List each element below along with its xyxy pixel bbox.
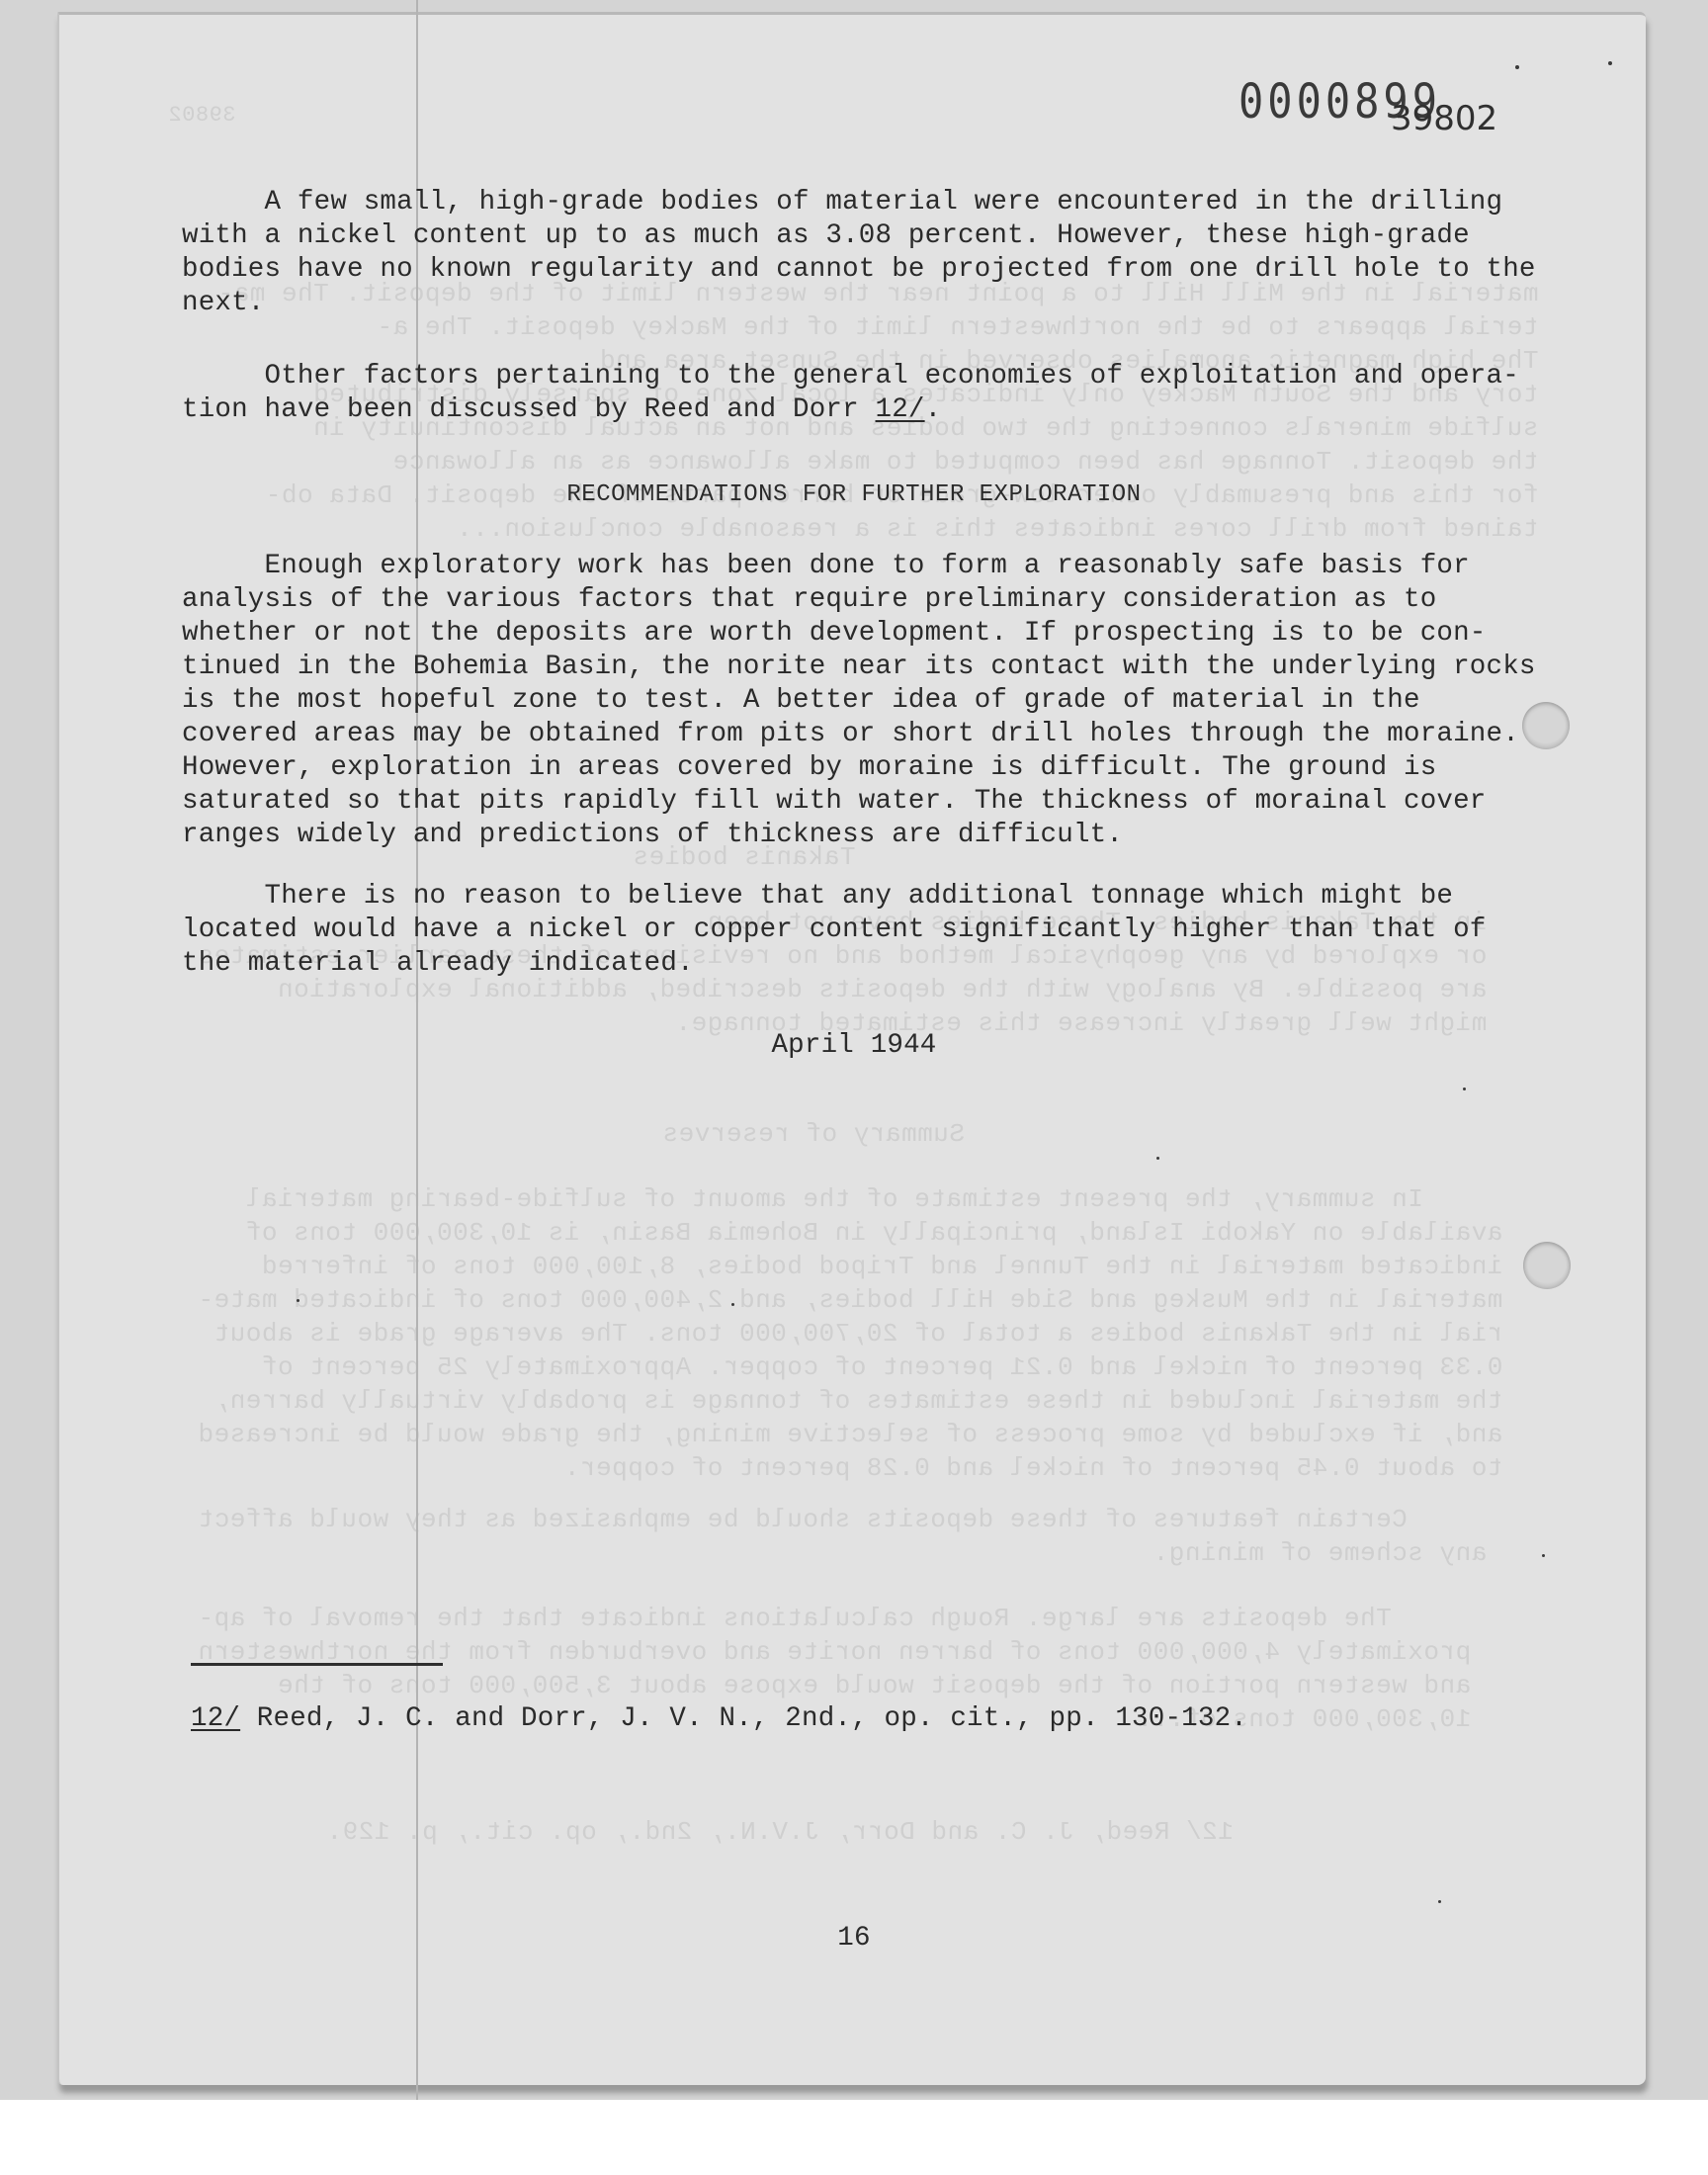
scan-speck [1542, 1554, 1545, 1557]
paragraph-enough-exploratory-work: Enough exploratory work has been done to… [182, 550, 1546, 852]
text-line: ranges widely and predictions of thickne… [182, 819, 1546, 852]
text-line: saturated so that pits rapidly fill with… [182, 785, 1546, 819]
handwritten-number: 39802 [1391, 99, 1497, 138]
scan-speck [297, 1299, 299, 1302]
text-line: analysis of the various factors that req… [182, 583, 1546, 617]
text-line: tinued in the Bohemia Basin, the norite … [182, 651, 1546, 684]
text-line: is the most hopeful zone to test. A bett… [182, 684, 1546, 718]
bleed-through-text: Summary of reserves [662, 1117, 965, 1151]
paragraph-high-grade-bodies: A few small, high-grade bodies of materi… [182, 186, 1546, 320]
text-line: bodies have no known regularity and cann… [182, 253, 1546, 287]
paragraph-other-factors: Other factors pertaining to the general … [182, 360, 1546, 427]
bleed-through-text: 12/ Reed, J. C. and Dorr, J.V.N., 2nd., … [326, 1815, 1234, 1849]
scan-speck [1438, 1900, 1441, 1903]
text-line: Enough exploratory work has been done to… [182, 550, 1546, 583]
text-segment: . [925, 394, 942, 425]
scan-speck [1515, 65, 1519, 69]
footnote-reference: 12/ [876, 394, 925, 425]
text-line: next. [182, 287, 1546, 320]
footnote: 12/ Reed, J. C. and Dorr, J. V. N., 2nd.… [191, 1702, 1247, 1736]
text-line: located would have a nickel or copper co… [182, 913, 1546, 947]
bleed-through-text: Certain features of these deposits shoul… [198, 1503, 1487, 1570]
scan-speck [731, 1303, 734, 1306]
text-line-with-ref: tion have been discussed by Reed and Dor… [182, 393, 1546, 427]
footnote-text: Reed, J. C. and Dorr, J. V. N., 2nd., op… [240, 1703, 1247, 1734]
text-line: However, exploration in areas covered by… [182, 751, 1546, 785]
text-line: the material already indicated. [182, 947, 1546, 981]
scan-speck [1608, 61, 1612, 65]
scan-speck [1156, 1157, 1159, 1160]
text-line: Other factors pertaining to the general … [182, 360, 1546, 393]
section-heading: RECOMMENDATIONS FOR FURTHER EXPLORATION [0, 478, 1708, 512]
punch-hole-lower [1523, 1242, 1571, 1289]
text-line: whether or not the deposits are worth de… [182, 617, 1546, 651]
scan-speck [1463, 1087, 1466, 1090]
text-line: covered areas may be obtained from pits … [182, 718, 1546, 751]
bleed-through-text: In summary, the present estimate of the … [198, 1182, 1502, 1485]
text-line: There is no reason to believe that any a… [182, 880, 1546, 913]
text-segment: tion have been discussed by Reed and Dor… [182, 394, 876, 425]
text-line: A few small, high-grade bodies of materi… [182, 186, 1546, 219]
bleed-through-text: 39802 [168, 99, 236, 132]
paragraph-no-reason-to-believe: There is no reason to believe that any a… [182, 880, 1546, 981]
footnote-divider [191, 1663, 443, 1666]
document-date: April 1944 [0, 1029, 1708, 1063]
page-number: 16 [0, 1922, 1708, 1956]
footnote-marker: 12/ [191, 1703, 240, 1734]
text-line: with a nickel content up to as much as 3… [182, 219, 1546, 253]
